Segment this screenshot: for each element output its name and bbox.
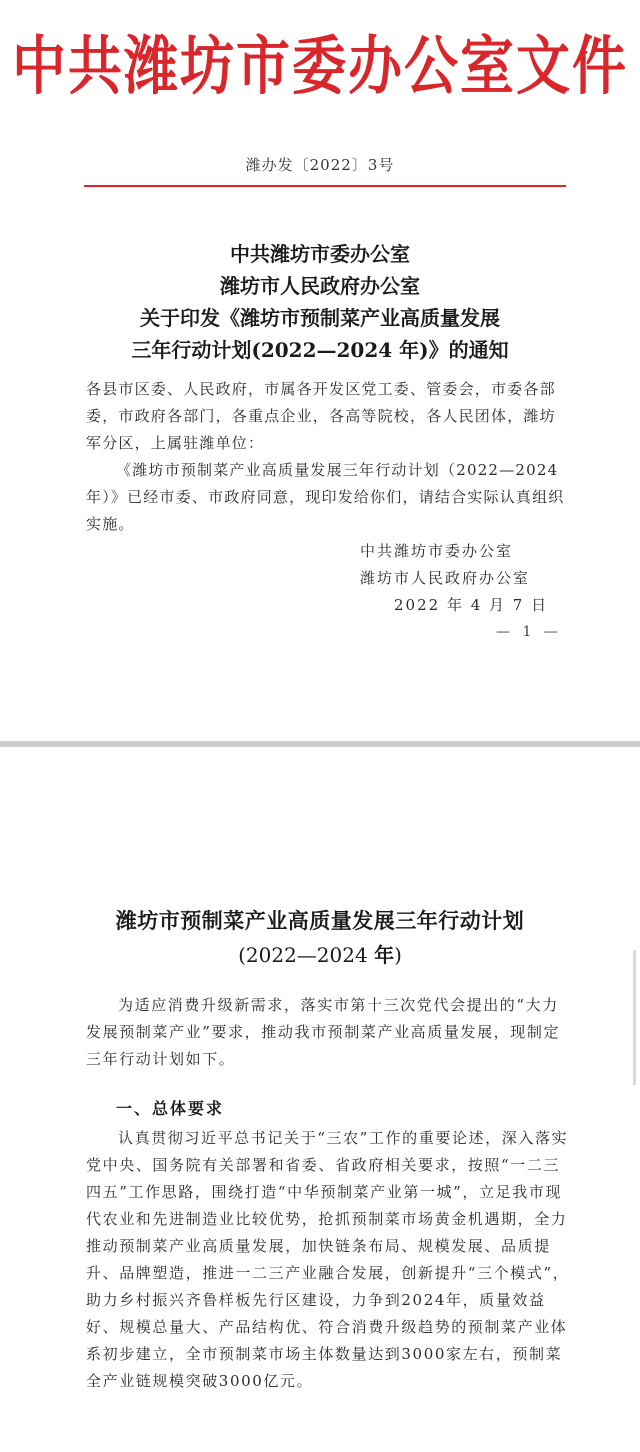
section-1-paragraph: 认真贯彻习近平总书记关于“三农”工作的重要论述，深入落实党中央、国务院有关部署和… — [86, 1125, 570, 1395]
page-number: — 1 — — [496, 624, 562, 640]
title-line-3: 关于印发《潍坊市预制菜产业高质量发展 — [0, 302, 640, 334]
title-line-1: 中共潍坊市委办公室 — [0, 238, 640, 270]
title-line-4: 三年行动计划(2022—2024 年)》的通知 — [0, 334, 640, 366]
addressee-paragraph: 各县市区委、人民政府，市属各开发区党工委、管委会，市委各部委，市政府各部门，各重… — [86, 376, 566, 457]
title-line-2: 潍坊市人民政府办公室 — [0, 270, 640, 302]
signature-government-office: 潍坊市人民政府办公室 — [360, 567, 530, 588]
subtitle-prefix: (2022—2024 — [238, 943, 374, 967]
red-divider-line — [84, 185, 566, 187]
subtitle-suffix: ) — [394, 943, 402, 967]
section-heading-1: 一、总体要求 — [116, 1096, 224, 1119]
document-page-2: 潍坊市预制菜产业高质量发展三年行动计划 (2022—2024 年) 为适应消费升… — [0, 747, 640, 1452]
issue-date: 2022 年 4 月 7 日 — [394, 594, 548, 615]
masthead-title: 中共潍坊市委办公室文件 — [0, 28, 640, 104]
notice-body-paragraph: 《潍坊市预制菜产业高质量发展三年行动计划（2022—2024年）》已经市委、市政… — [86, 457, 566, 538]
subtitle-year: 年 — [374, 943, 394, 967]
plan-subtitle: (2022—2024 年) — [0, 939, 640, 968]
scrollbar[interactable] — [633, 950, 636, 1085]
plan-title: 潍坊市预制菜产业高质量发展三年行动计划 — [0, 905, 640, 935]
document-page-1: 中共潍坊市委办公室文件 潍办发〔2022〕3号 中共潍坊市委办公室 潍坊市人民政… — [0, 0, 640, 741]
intro-paragraph: 为适应消费升级新需求，落实市第十三次党代会提出的“大力发展预制菜产业”要求，推动… — [86, 992, 570, 1073]
notice-title: 中共潍坊市委办公室 潍坊市人民政府办公室 关于印发《潍坊市预制菜产业高质量发展 … — [0, 238, 640, 366]
signature-party-office: 中共潍坊市委办公室 — [360, 540, 513, 561]
document-number: 潍办发〔2022〕3号 — [0, 154, 640, 175]
